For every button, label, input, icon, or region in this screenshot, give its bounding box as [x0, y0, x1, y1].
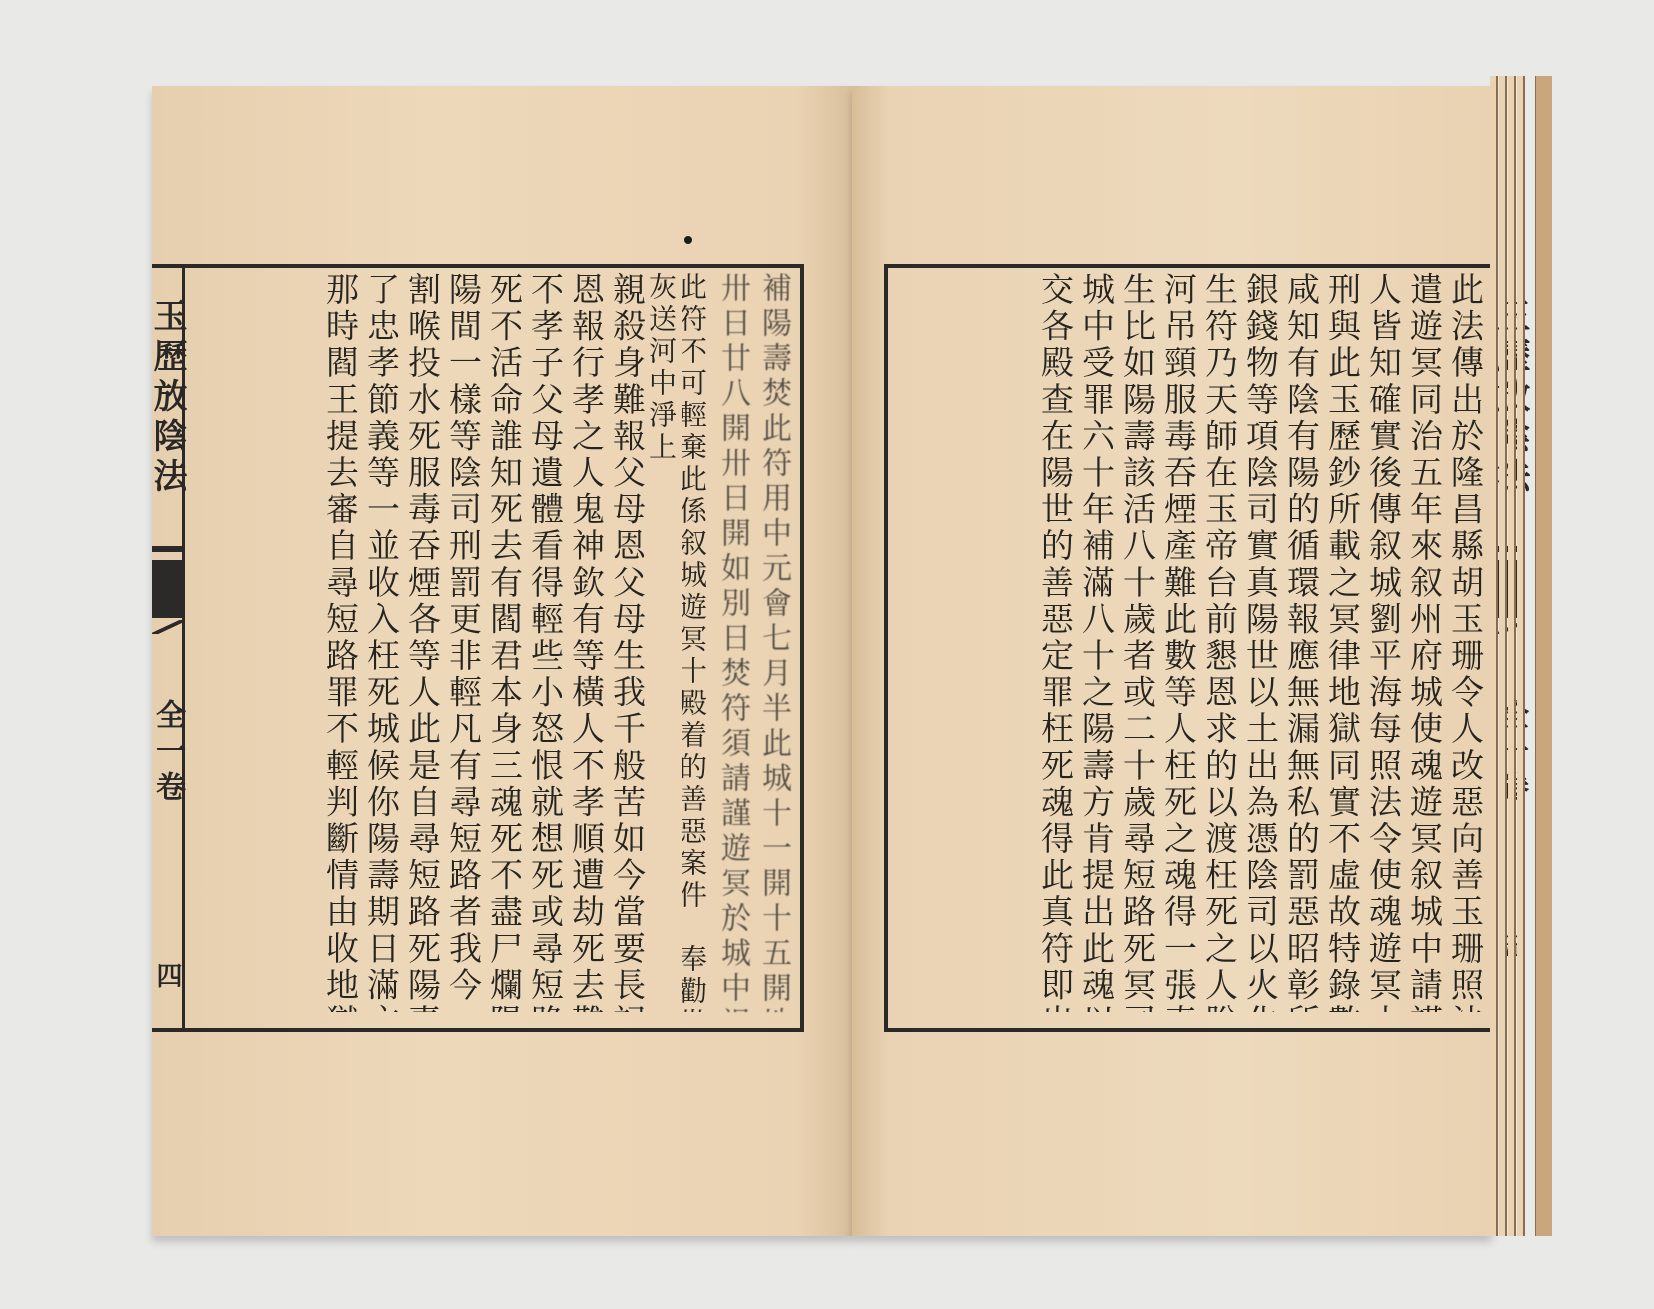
text-column: 遣遊冥同治五年來叙州府城使魂遊冥叙城中請謹遊冥者不少人: [1404, 272, 1445, 1012]
left-page-book-title: 玉歷放陰法: [152, 278, 182, 518]
text-column: 割喉投水死服毒吞煙各等人此是自尋短路死陽壽未滿到陰司除: [402, 272, 443, 1012]
ink-dot: [684, 236, 692, 244]
fishtail-ornament-icon: [152, 560, 182, 618]
text-column: 河吊頸服毒吞煙產難此數等人枉死之魂得一張真符即到十殿投: [1158, 272, 1199, 1012]
left-page-number: 四: [152, 958, 182, 998]
left-page-text-columns: 補陽壽焚此符用中元會七月半此城十一開十五開地藏聖誕七月 卅日廿八開卅日開如別日焚…: [194, 272, 794, 1012]
left-page-volume-label: 全一卷: [152, 678, 182, 828]
text-column: 此符不可輕棄此係叙城遊冥十殿着的善惡案件 奉勸世人孝便: [682, 272, 712, 1012]
text-column: 陽間一樣等陰司刑罰更非輕凡有尋短路者我今一一說君知吊頸: [443, 272, 484, 1012]
text-column: 不孝子父母遺體看得輕些小怒恨就想死或尋短路自喪生只想一: [525, 272, 566, 1012]
text-column: 咸知有陰有陽的循環報應無漏無私的罰惡昭彰所有陽間焚燒金: [1281, 272, 1322, 1012]
text-column: 灰送河中淨上: [648, 272, 682, 1012]
text-column: 刑與此玉歷鈔所載之冥律地獄同實不虛故特錄數字於此令大眾: [1322, 272, 1363, 1012]
text-column: 此法傳出於隆昌縣胡玉珊令人改惡向善玉珊照法令在川省內傳: [1445, 272, 1486, 1012]
text-column: 了忠孝節義等一並收入枉死城候你陽壽期日滿方可提出枉死城: [361, 272, 402, 1012]
left-page: 玉歷放陰法 全一卷 四 補陽壽焚此符用中元會七月半此城十一開十五開地藏聖誕七月 …: [152, 86, 852, 1236]
text-column: 親殺身難報父母恩父母生我千般苦如今當要長記心將心比心把: [607, 272, 648, 1012]
right-page-text-columns: 此法傳出於隆昌縣胡玉珊令人改惡向善玉珊照法令在川省內傳 遣遊冥同治五年來叙州府城…: [896, 272, 1486, 1012]
text-column: 銀錢物等項陰司實真陽世以土出為憑陰司以火化為憑陽世有脫: [1240, 272, 1281, 1012]
text-column: 補陽壽焚此符用中元會七月半此城十一開十五開地藏聖誕七月: [753, 272, 794, 1012]
open-book: 玉歷放陰法 全一卷 四 補陽壽焚此符用中元會七月半此城十一開十五開地藏聖誕七月 …: [152, 86, 1552, 1236]
text-column: 人皆知確實後傳叙城劉平海每照法令使魂遊冥十殿考察地獄冥: [1363, 272, 1404, 1012]
text-column: 生比如陽壽該活八十歲者或二十歲尋短路死冥司將魂收入枉死: [1117, 272, 1158, 1012]
text-column: 城中受罪六十年補滿八十之陽壽方肯提出此魂以當縊死之魂另: [1076, 272, 1117, 1012]
book-page-edges: [1490, 76, 1552, 1236]
text-column: 恩報行孝之人鬼神欽有等橫人不孝順遭劫死去難投生還有一等: [566, 272, 607, 1012]
text-column: 交各殿查在陽世的善惡定罪枉死魂得此真符即出枉死城投生以: [1035, 272, 1076, 1012]
right-page: 玉歷放陰法 全一卷 五 此法傳出於隆昌縣胡玉珊令人改惡向善玉珊照法令在川省內傳 …: [852, 86, 1492, 1236]
text-column: 那時閻王提去審自尋短路罪不輕判斷情由收地獄受罪難得轉人: [320, 272, 361, 1012]
left-page-center-column: 玉歷放陰法 全一卷 四: [152, 268, 185, 1028]
text-column: 生符乃天師在玉帝台前懇恩求的以渡枉死之人脫苦投生止給投: [1199, 272, 1240, 1012]
text-column: 卅日廿八開卅日開如別日焚符須請謹遊冥於城中視給司能齎在: [712, 272, 753, 1012]
text-column: 死不活命誰知死去有閻君本身三魂死不盡尸爛陽世魂在陰亦與: [484, 272, 525, 1012]
